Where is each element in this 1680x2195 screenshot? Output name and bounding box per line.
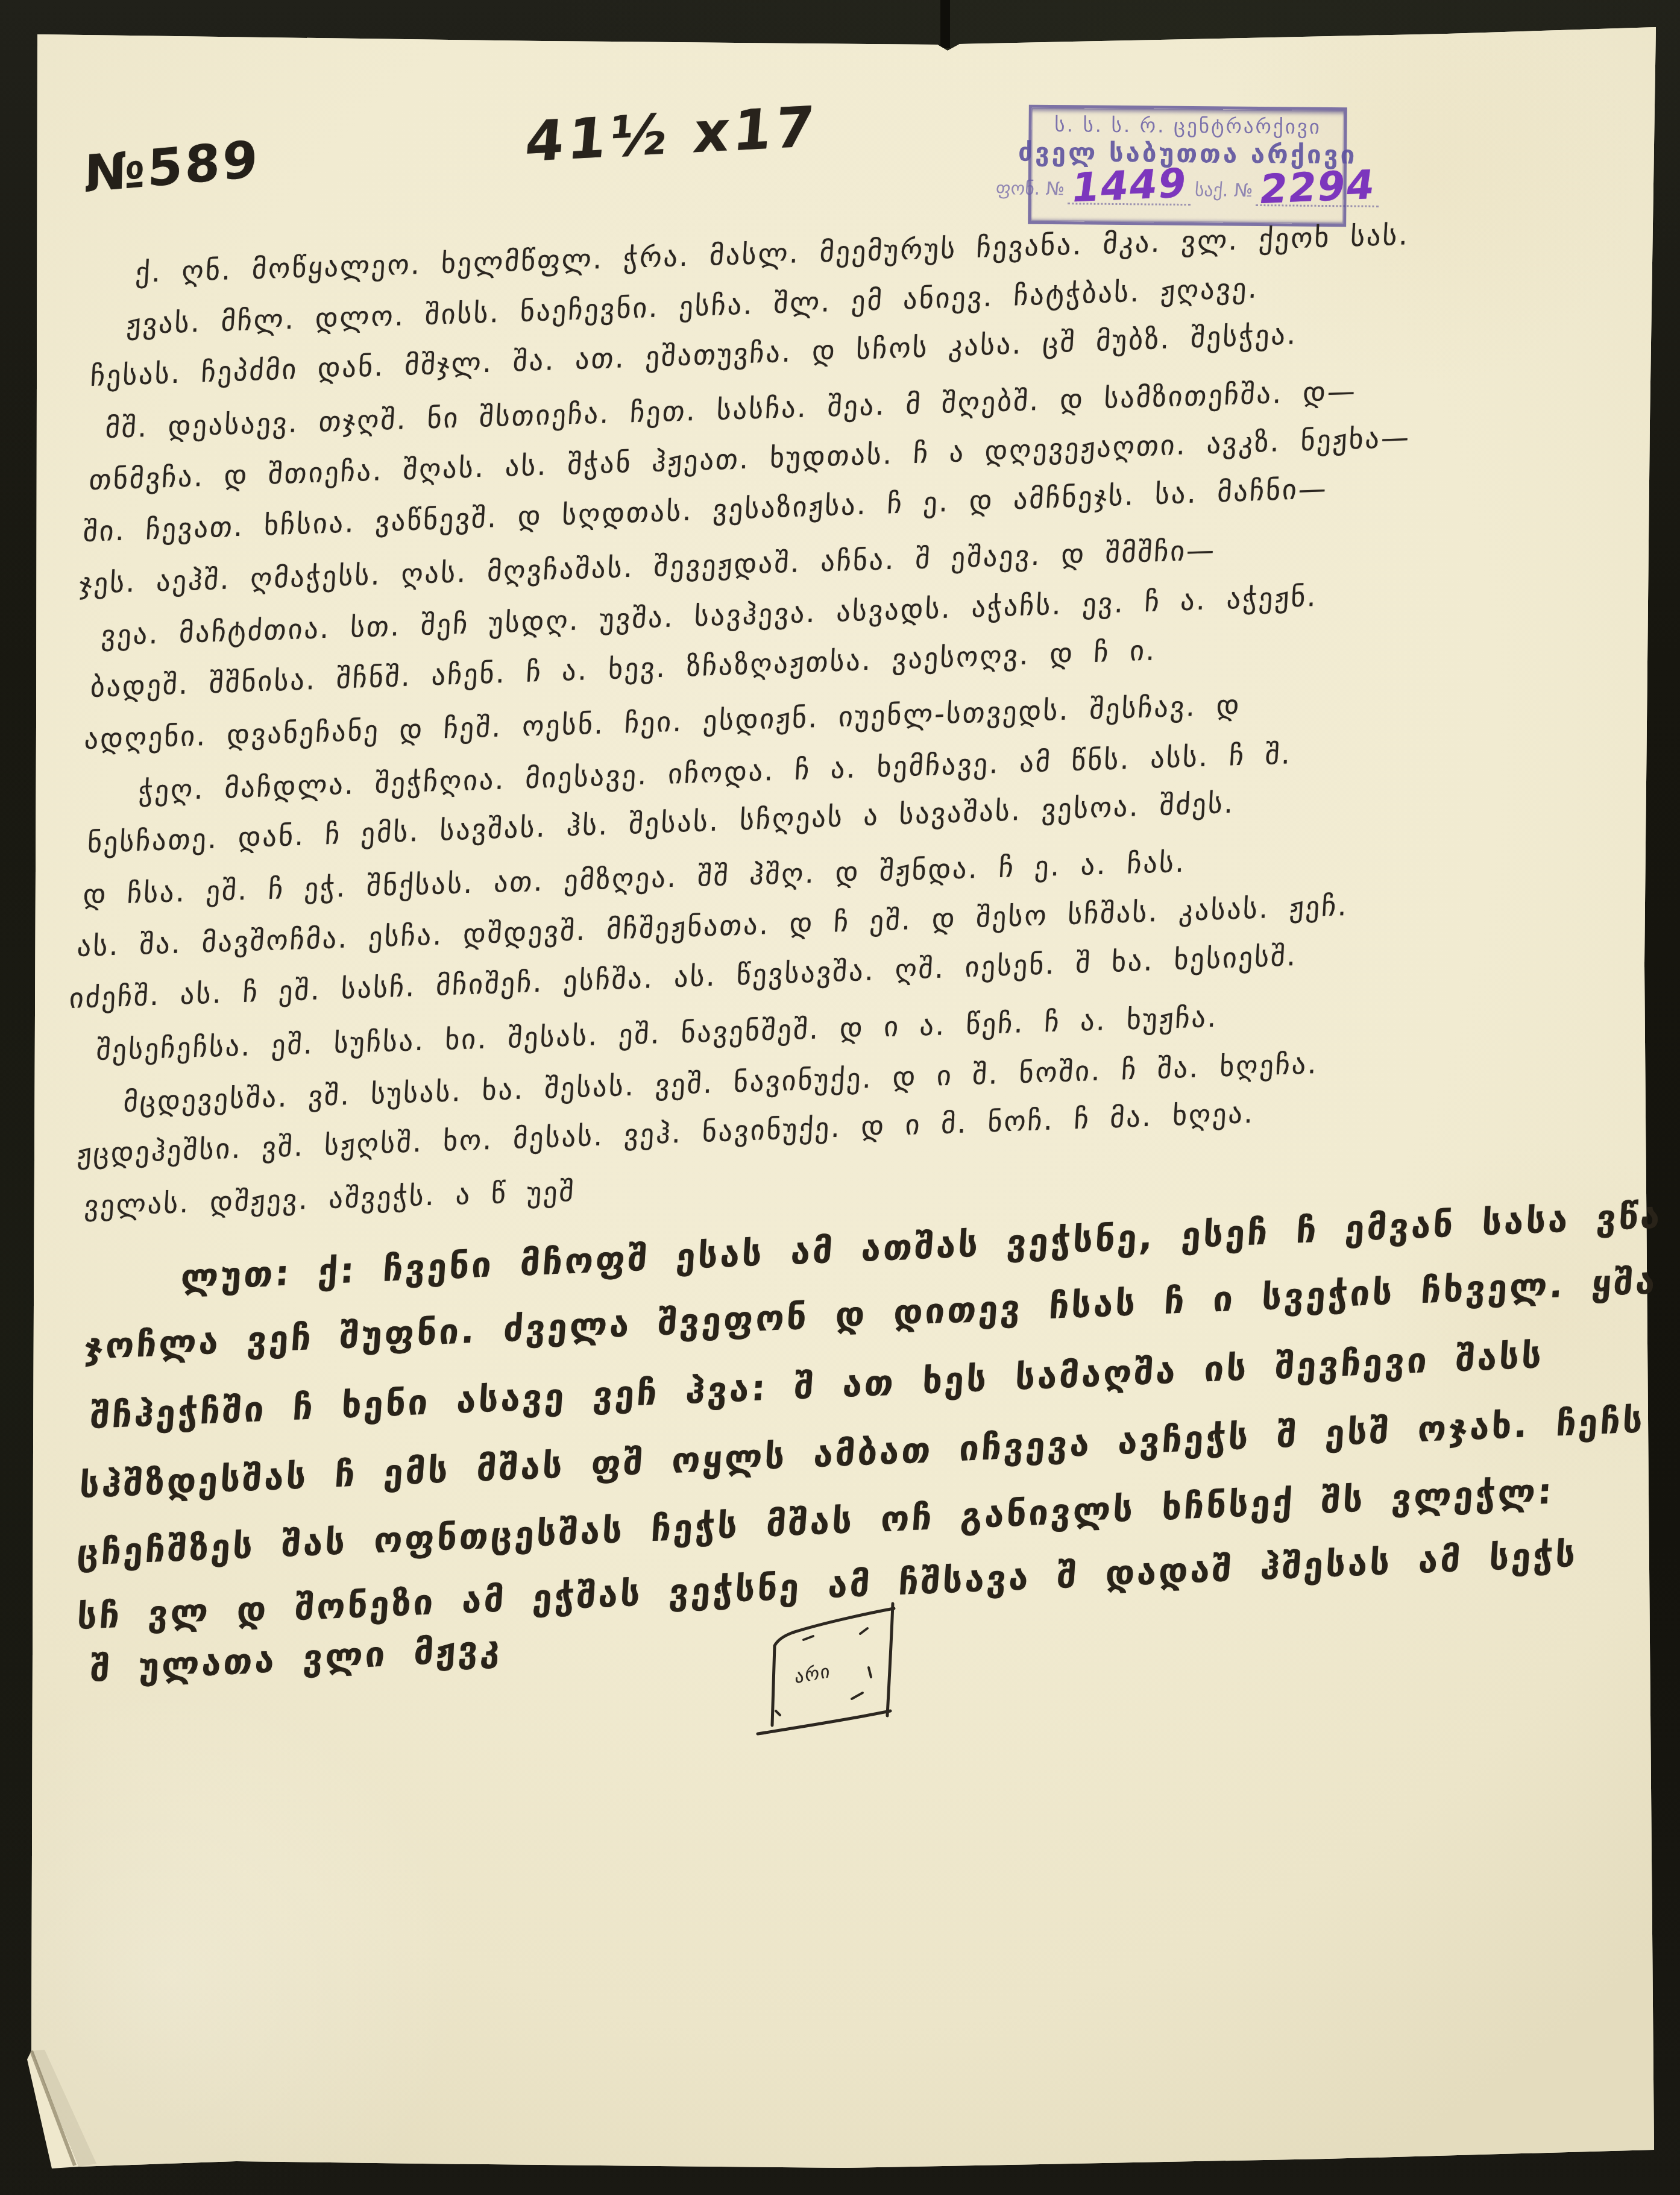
stamp-case-label: საქ. № <box>1194 180 1254 207</box>
scanned-manuscript-page: { "colors": { "background": "#191812", "… <box>0 0 1680 2195</box>
stamp-fond-number-field: 1449 <box>1068 167 1191 206</box>
stamp-numbers-row: ფონ. № 1449 საქ. № 2294 <box>1031 167 1344 207</box>
stamp-fond-number: 1449 <box>1069 165 1189 206</box>
stamp-case-number: 2294 <box>1257 167 1377 208</box>
stamp-institution-line: ს. ს. ს. რ. ცენტრარქივი <box>1054 113 1321 139</box>
stamp-case-number-field: 2294 <box>1256 169 1379 207</box>
stamp-fond-label: ფონ. № <box>995 178 1066 205</box>
backdrop-seam-shadow <box>940 0 950 48</box>
archive-stamp: ს. ს. ს. რ. ცენტრარქივი ძველ საბუთთა არქ… <box>1028 105 1347 227</box>
